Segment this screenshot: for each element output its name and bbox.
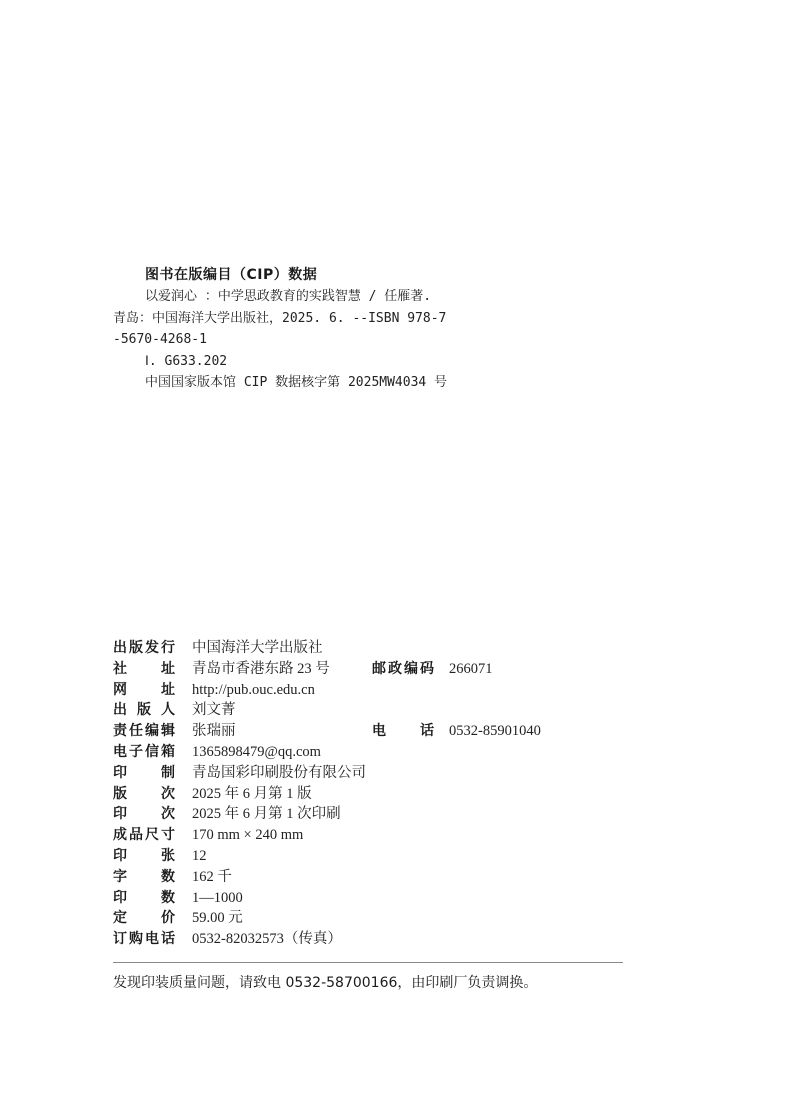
pub-label: 字数 xyxy=(113,867,175,888)
pub-label: 出版发行 xyxy=(113,638,175,659)
cip-record-number: 中国国家版本馆 CIP 数据核字第 2025MW4034 号 xyxy=(145,372,458,394)
cip-classification: Ⅰ. G633.202 xyxy=(145,351,458,373)
pub-row-order-phone: 订购电话 0532-82032573（传真） xyxy=(113,929,673,950)
cip-publisher-line: 青岛：中国海洋大学出版社，2025. 6. --ISBN 978-7 xyxy=(113,308,458,330)
pub-label: 印次 xyxy=(113,804,175,825)
pub-row-size: 成品尺寸 170 mm × 240 mm xyxy=(113,825,673,846)
pub-label: 出版人 xyxy=(113,700,175,721)
pub-label: 电子信箱 xyxy=(113,742,175,763)
pub-value: 刘文菁 xyxy=(192,700,236,721)
publication-info-table: 出版发行 中国海洋大学出版社 社址 青岛市香港东路 23 号 邮政编码 2660… xyxy=(113,638,673,950)
pub-row-print-run: 印数 1—1000 xyxy=(113,888,673,909)
pub-label: 订购电话 xyxy=(113,929,175,950)
pub-label: 印数 xyxy=(113,888,175,909)
pub-label: 定价 xyxy=(113,908,175,929)
cip-title: 图书在版编目（CIP）数据 xyxy=(145,264,458,286)
pub-label: 印制 xyxy=(113,763,175,784)
pub-value: 青岛市香港东路 23 号 xyxy=(192,659,330,680)
pub-label-postcode: 邮政编码 xyxy=(372,659,434,680)
pub-value: 青岛国彩印刷股份有限公司 xyxy=(192,763,366,784)
pub-value-email: 1365898479@qq.com xyxy=(192,742,321,763)
pub-row-publisher-person: 出版人 刘文菁 xyxy=(113,700,673,721)
pub-row-address: 社址 青岛市香港东路 23 号 邮政编码 266071 xyxy=(113,659,673,680)
pub-value: 170 mm × 240 mm xyxy=(192,825,303,846)
pub-row-price: 定价 59.00 元 xyxy=(113,908,673,929)
pub-label: 责任编辑 xyxy=(113,721,175,742)
pub-label: 成品尺寸 xyxy=(113,825,175,846)
pub-row-editor: 责任编辑 张瑞丽 电话 0532-85901040 xyxy=(113,721,673,742)
pub-label-phone: 电话 xyxy=(372,721,434,742)
quality-notice: 发现印装质量问题，请致电 0532-58700166，由印刷厂负责调换。 xyxy=(113,973,537,993)
cip-data-block: 图书在版编目（CIP）数据 以爱润心 ：中学思政教育的实践智慧 / 任雁著. 青… xyxy=(113,264,458,394)
pub-value: 2025 年 6 月第 1 次印刷 xyxy=(192,804,341,825)
pub-value-phone: 0532-85901040 xyxy=(449,721,541,742)
pub-value: 162 千 xyxy=(192,867,232,888)
pub-value: 59.00 元 xyxy=(192,908,243,929)
pub-value: 中国海洋大学出版社 xyxy=(192,638,323,659)
pub-row-edition: 版次 2025 年 6 月第 1 版 xyxy=(113,784,673,805)
pub-value: 0532-82032573（传真） xyxy=(192,929,342,950)
divider-line xyxy=(113,962,623,963)
pub-row-sheets: 印张 12 xyxy=(113,846,673,867)
pub-row-website: 网址 http://pub.ouc.edu.cn xyxy=(113,680,673,701)
pub-value-website: http://pub.ouc.edu.cn xyxy=(192,680,315,701)
pub-label: 社址 xyxy=(113,659,175,680)
pub-value: 张瑞丽 xyxy=(192,721,236,742)
pub-label: 印张 xyxy=(113,846,175,867)
pub-value: 2025 年 6 月第 1 版 xyxy=(192,784,312,805)
pub-row-printing: 印次 2025 年 6 月第 1 次印刷 xyxy=(113,804,673,825)
cip-isbn-continuation: -5670-4268-1 xyxy=(113,329,458,351)
pub-row-email: 电子信箱 1365898479@qq.com xyxy=(113,742,673,763)
pub-value-postcode: 266071 xyxy=(449,659,493,680)
pub-row-word-count: 字数 162 千 xyxy=(113,867,673,888)
pub-label: 网址 xyxy=(113,680,175,701)
pub-value: 1—1000 xyxy=(192,888,243,909)
cip-book-title-line: 以爱润心 ：中学思政教育的实践智慧 / 任雁著. xyxy=(145,286,458,308)
pub-row-printer: 印制 青岛国彩印刷股份有限公司 xyxy=(113,763,673,784)
pub-value: 12 xyxy=(192,846,207,867)
pub-row-publisher: 出版发行 中国海洋大学出版社 xyxy=(113,638,673,659)
pub-label: 版次 xyxy=(113,784,175,805)
